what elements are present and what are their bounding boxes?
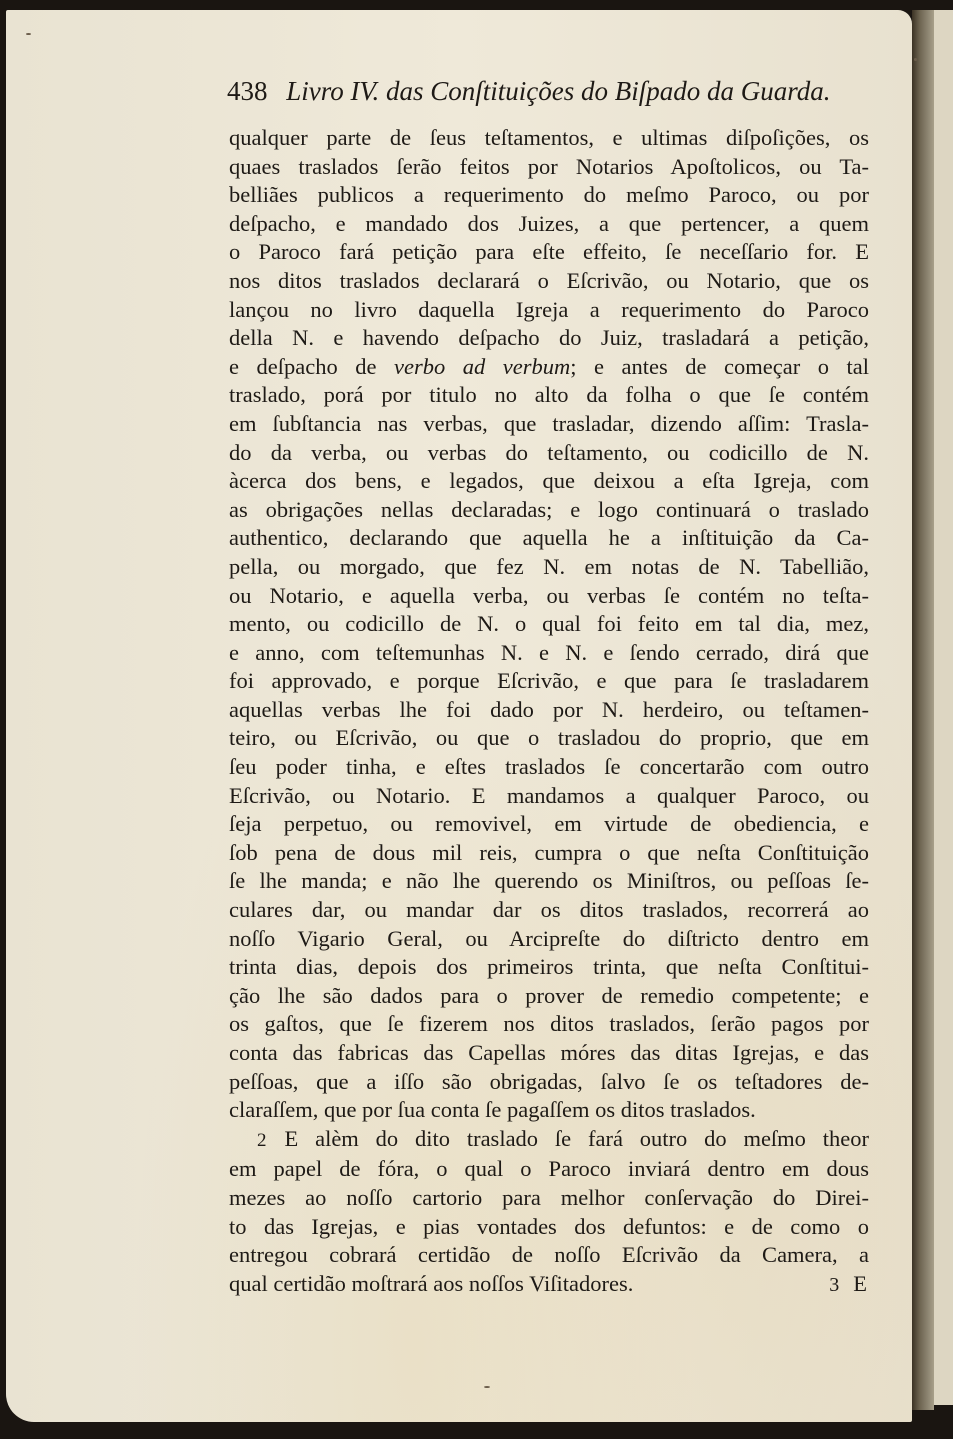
text-line: lançou no livro daquella Igreja a requer…: [229, 296, 869, 325]
text-line: aquellas verbas lhe foi dado por N. herd…: [229, 696, 869, 725]
paper-speck: [26, 33, 31, 35]
paragraph-number: 2: [257, 1130, 267, 1151]
text-line: ſe lhe manda; e não lhe querendo os Mini…: [229, 867, 869, 896]
text-line: as obrigações nellas declaradas; e logo …: [229, 496, 869, 525]
text-line: authentico, declarando que aquella he a …: [229, 524, 869, 553]
body-text: qualquer parte de ſeus teſtamentos, e ul…: [229, 124, 869, 1299]
text-line: em ſubſtancia nas verbas, que trasladar,…: [229, 410, 869, 439]
catchword: E: [853, 1271, 867, 1296]
text-line: to das Igrejas, e pias vontades dos defu…: [229, 1213, 869, 1242]
text-line: mezes ao noſſo cartorio para melhor conſ…: [229, 1184, 869, 1213]
catchword-block: 3E: [829, 1270, 867, 1300]
text-line: noſſo Vigario Geral, ou Arcipreſte do di…: [229, 925, 869, 954]
text-line: qual certidão moſtrará aos noſſos Viſita…: [229, 1270, 633, 1300]
text-line: qualquer parte de ſeus teſtamentos, e ul…: [229, 124, 869, 153]
text-line: traslado, porá por titulo no alto da fol…: [229, 381, 869, 410]
last-line-row: qual certidão moſtrará aos noſſos Viſita…: [229, 1270, 869, 1300]
text-segment: e deſpacho de: [229, 354, 376, 379]
text-line-with-italic: e deſpacho de verbo ad verbum; e antes d…: [229, 353, 869, 382]
text-line: pella, ou morgado, que fez N. em notas d…: [229, 553, 869, 582]
text-line: o Paroco fará petição para eſte effeito,…: [229, 238, 869, 267]
text-line: em papel de fóra, o qual o Paroco inviar…: [229, 1155, 869, 1184]
text-line: ou Notario, e aquella verba, ou verbas ſ…: [229, 582, 869, 611]
paper-speck: [484, 1386, 490, 1388]
text-segment: E alèm do dito traslado ſe fará outro do…: [285, 1126, 870, 1151]
text-line: claraſſem, que por ſua conta ſe pagaſſem…: [229, 1096, 869, 1125]
text-line: culares dar, ou mandar dar os ditos tras…: [229, 896, 869, 925]
paper-speck: [914, 58, 917, 61]
latin-phrase: verbo ad verbum: [394, 354, 570, 379]
running-header: 438 Livro IV. das Conſtituições do Biſpa…: [227, 76, 831, 107]
signature-mark: 3: [829, 1274, 839, 1296]
text-line: entregou cobrará certidão de noſſo Eſcri…: [229, 1241, 869, 1270]
text-line: ſeja perpetuo, ou removivel, em virtude …: [229, 810, 869, 839]
paragraph-2-first-line: 2E alèm do dito traslado ſe fará outro d…: [229, 1125, 869, 1156]
running-title: Livro IV. das Conſtituições do Biſpado d…: [286, 76, 830, 106]
text-segment: ; e antes de começar o tal: [570, 354, 869, 379]
text-line: ſob pena de dous mil reis, cumpra o que …: [229, 839, 869, 868]
text-line: nos ditos traslados declarará o Eſcrivão…: [229, 267, 869, 296]
text-line: belliães publicos a requerimento do meſm…: [229, 181, 869, 210]
text-line: mento, ou codicillo de N. o qual foi fei…: [229, 610, 869, 639]
text-line: do da verba, ou verbas do teſtamento, ou…: [229, 439, 869, 468]
text-line: àcerca dos bens, e legados, que deixou a…: [229, 467, 869, 496]
text-line: foi approvado, e porque Eſcrivão, e que …: [229, 667, 869, 696]
text-line: trinta dias, depois dos primeiros trinta…: [229, 953, 869, 982]
text-line: os gaſtos, que ſe fizerem nos ditos tras…: [229, 1010, 869, 1039]
text-line: deſpacho, e mandado dos Juizes, a que pe…: [229, 210, 869, 239]
text-line: della N. e havendo deſpacho do Juiz, tra…: [229, 324, 869, 353]
page-number: 438: [227, 76, 268, 106]
text-line: teiro, ou Eſcrivão, ou que o trasladou d…: [229, 724, 869, 753]
text-line: ção lhe são dados para o prover de remed…: [229, 982, 869, 1011]
text-line: quaes traslados ſerão feitos por Notario…: [229, 153, 869, 182]
text-line: ſeu poder tinha, e eſtes traslados ſe co…: [229, 753, 869, 782]
text-line: conta das fabricas das Capellas móres da…: [229, 1039, 869, 1068]
text-line: peſſoas, que a iſſo são obrigadas, ſalvo…: [229, 1068, 869, 1097]
text-line: Eſcrivão, ou Notario. E mandamos a qualq…: [229, 782, 869, 811]
facing-page-edge: [934, 10, 953, 1405]
book-gutter: [912, 10, 934, 1410]
text-line: e anno, com teſtemunhas N. e N. e ſendo …: [229, 639, 869, 668]
